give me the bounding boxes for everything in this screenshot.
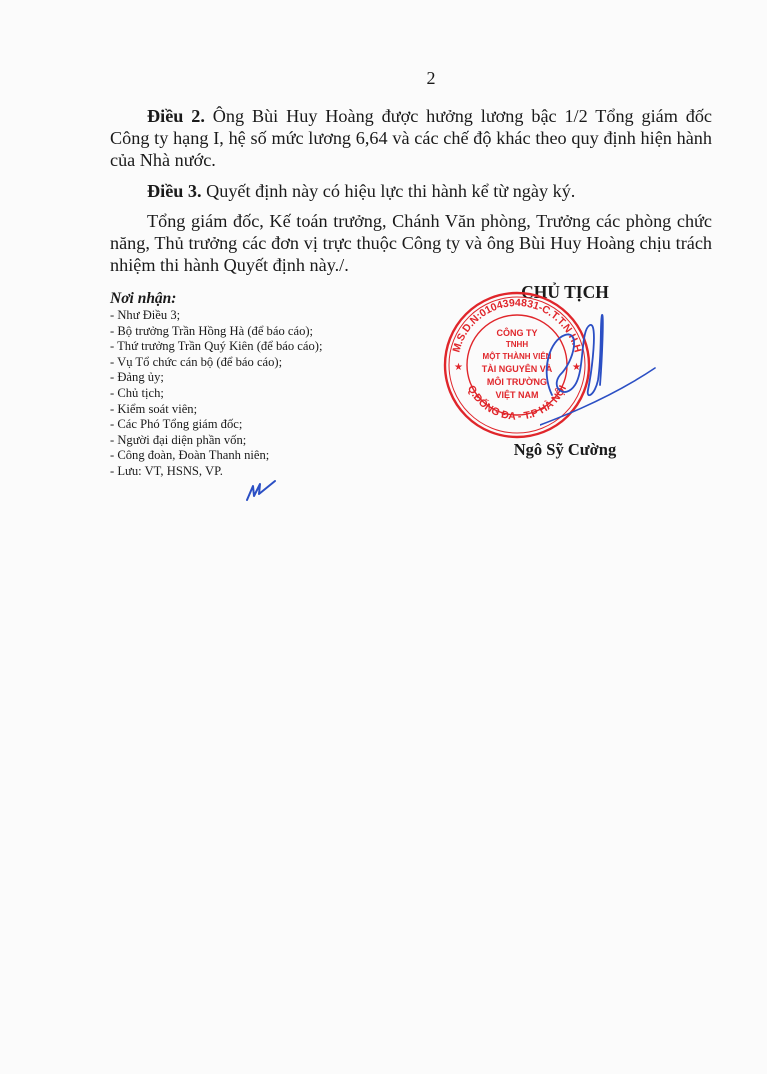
recipient-item: - Đảng ủy; — [110, 370, 322, 386]
recipients-list: Nơi nhận: - Như Điều 3; - Bộ trưởng Trần… — [110, 290, 322, 480]
article-3-text: Quyết định này có hiệu lực thi hành kể t… — [202, 181, 576, 201]
article-3: Điều 3. Quyết định này có hiệu lực thi h… — [110, 180, 712, 202]
recipient-item: - Thứ trưởng Trần Quý Kiên (để báo cáo); — [110, 339, 322, 355]
initials-mark-icon — [244, 478, 278, 502]
recipients-title: Nơi nhận: — [110, 290, 322, 308]
stamp-line: MÔI TRƯỜNG — [487, 376, 547, 387]
recipient-item: - Như Điều 3; — [110, 308, 322, 324]
page-number: 2 — [0, 68, 767, 89]
closing-text: Tổng giám đốc, Kế toán trưởng, Chánh Văn… — [110, 211, 712, 275]
svg-text:★: ★ — [454, 362, 463, 373]
stamp-line: TNHH — [506, 340, 528, 349]
recipient-item: - Bộ trưởng Trần Hồng Hà (để báo cáo); — [110, 324, 322, 340]
recipient-item: - Công đoàn, Đoàn Thanh niên; — [110, 448, 322, 464]
recipient-item: - Chủ tịch; — [110, 386, 322, 402]
recipient-item: - Lưu: VT, HSNS, VP. — [110, 464, 322, 480]
stamp-line: CÔNG TY — [496, 327, 537, 338]
recipient-item: - Các Phó Tổng giám đốc; — [110, 417, 322, 433]
article-3-label: Điều 3. — [147, 181, 202, 201]
article-2: Điều 2. Ông Bùi Huy Hoàng được hưởng lươ… — [110, 105, 712, 171]
stamp-line: VIỆT NAM — [495, 389, 538, 400]
closing-paragraph: Tổng giám đốc, Kế toán trưởng, Chánh Văn… — [110, 210, 712, 276]
recipient-item: - Kiểm soát viên; — [110, 402, 322, 418]
recipient-item: - Người đại diện phần vốn; — [110, 433, 322, 449]
signer-name: Ngô Sỹ Cường — [490, 440, 640, 460]
article-2-label: Điều 2. — [147, 106, 205, 126]
handwritten-signature-icon — [540, 300, 660, 450]
recipient-item: - Vụ Tổ chức cán bộ (để báo cáo); — [110, 355, 322, 371]
